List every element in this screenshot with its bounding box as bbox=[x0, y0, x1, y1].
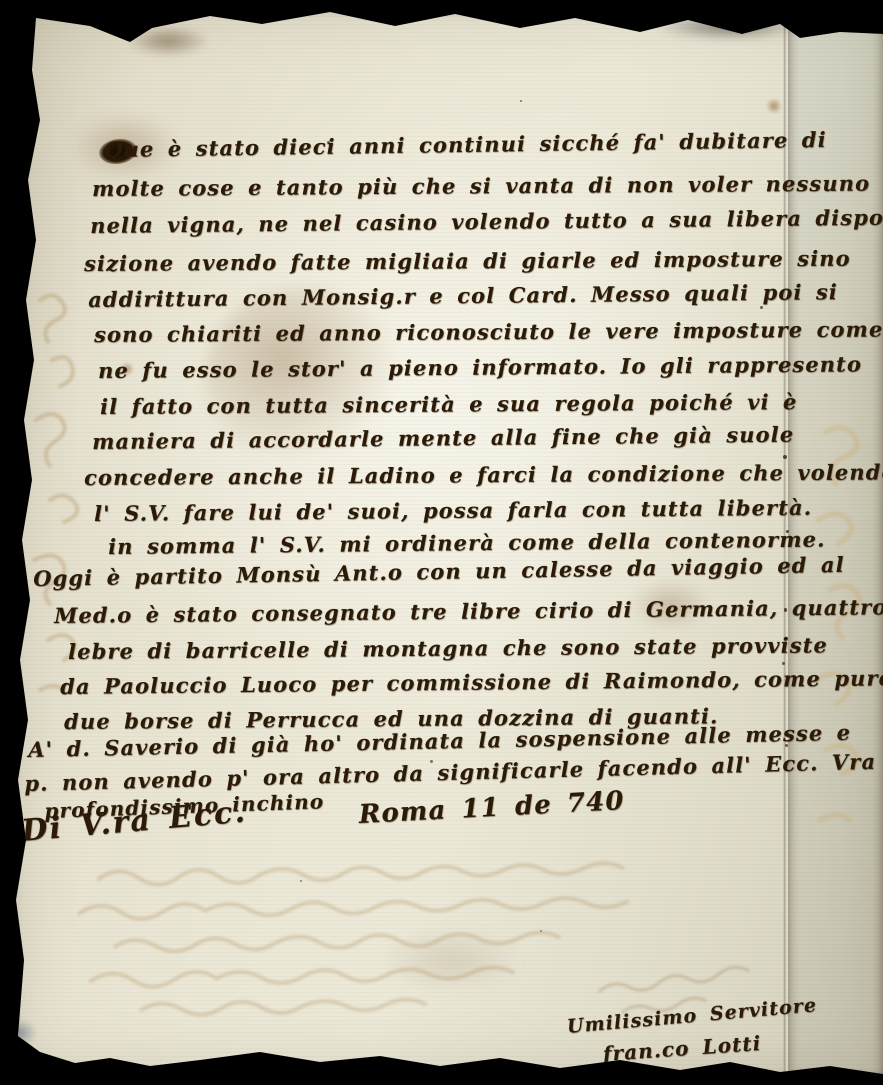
ink-speck bbox=[300, 880, 302, 882]
manuscript-line: Que è stato dieci anni continui sicché f… bbox=[104, 127, 827, 162]
ink-speck bbox=[760, 306, 763, 309]
letter-page: Que è stato dieci anni continui sicché f… bbox=[0, 0, 883, 1085]
manuscript-line: sono chiariti ed anno riconosciuto le ve… bbox=[94, 316, 883, 347]
manuscript-line: ne fu esso le stor' a pieno informato. I… bbox=[98, 351, 862, 383]
manuscript-line: sizione avendo fatte migliaia di giarle … bbox=[84, 246, 851, 276]
ink-speck bbox=[540, 930, 542, 932]
manuscript-line: da Paoluccio Luoco per commissione di Ra… bbox=[60, 665, 883, 699]
ink-speck bbox=[783, 455, 787, 459]
manuscript-line: nella vigna, ne nel casino volendo tutto… bbox=[90, 204, 883, 238]
manuscript-line: l' S.V. fare lui de' suoi, possa farla c… bbox=[94, 495, 812, 526]
ink-speck bbox=[520, 100, 522, 102]
manuscript-line: addirittura con Monsig.r e col Card. Mes… bbox=[88, 279, 838, 312]
manuscript-photo: Que è stato dieci anni continui sicché f… bbox=[0, 0, 883, 1085]
bleedthrough-ghost-writing-bottom bbox=[58, 850, 791, 1025]
stain-bottom-center bbox=[380, 930, 520, 990]
ink-speck bbox=[782, 662, 785, 665]
signature: fran.co Lotti bbox=[602, 1031, 762, 1066]
valediction: Umilissimo Servitore bbox=[566, 994, 818, 1038]
manuscript-line: lebre di barricelle di montagna che sono… bbox=[68, 632, 828, 664]
smudge-top-center bbox=[660, 14, 800, 40]
blue-smudge-bottom-left bbox=[2, 1020, 36, 1046]
dateline: Roma 11 de 740 bbox=[358, 786, 625, 830]
foxing-spot bbox=[766, 98, 782, 114]
manuscript-line: molte cose e tanto più che si vanta di n… bbox=[92, 171, 870, 201]
manuscript-line: concedere anche il Ladino e farci la con… bbox=[84, 459, 883, 490]
manuscript-line: Med.o è stato consegnato tre libre cirio… bbox=[54, 594, 883, 628]
manuscript-line: il fatto con tutta sincerità e sua regol… bbox=[100, 389, 798, 419]
manuscript-line: maniera di accordarle mente alla fine ch… bbox=[92, 422, 794, 454]
stain-top-edge bbox=[128, 26, 208, 56]
